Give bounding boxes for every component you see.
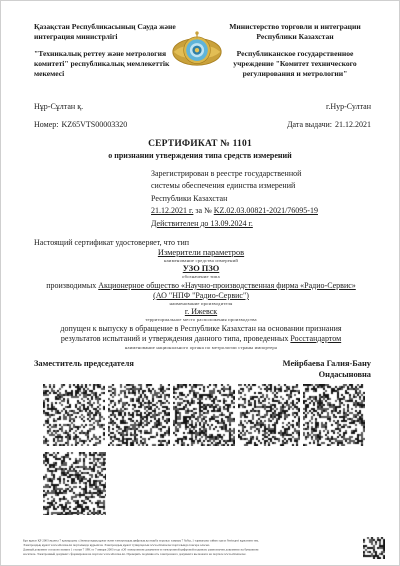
issue-date: Дата выдачи:21.12.2021 [287, 120, 371, 129]
certifies-intro: Настоящий сертификат удостоверяет, что т… [34, 238, 189, 247]
valid-until-label: Действителен до [151, 219, 208, 228]
approval-line2: результатов испытаний и утверждения данн… [34, 334, 368, 343]
authority-name: Росстандартом [290, 334, 341, 343]
issuer-russian-block: Министерство торговли и интеграции Респу… [219, 22, 371, 86]
footer-line: носителе. Электронный документ сформиров… [23, 552, 359, 556]
issuer-kazakh-block: Қазақстан Республикасының Сауда және инт… [34, 22, 182, 86]
manufacturer-caption: наименование производителя [34, 301, 368, 306]
manufacturer-line: производимых Акционерное общество «Научн… [34, 281, 368, 290]
manufacturer-name: Акционерное общество «Научно-производств… [98, 281, 356, 290]
qr-code [43, 384, 105, 446]
type-designation-text: УЗО ПЗО [183, 264, 220, 273]
certificate-title: СЕРТИФИКАТ № 1101 [1, 139, 399, 149]
signatory-name-line2: Ондасыновна [283, 369, 371, 380]
qr-code [108, 384, 170, 446]
issuer-kk-committee: "Техникалық реттеу және метрология комит… [34, 49, 182, 80]
date-value: 21.12.2021 [335, 120, 371, 129]
qr-code [43, 452, 106, 515]
manufacturer-line2: (АО "НПФ "Радио-Сервис") [34, 291, 368, 300]
production-location: г. Ижевск [34, 307, 368, 316]
type-designation: УЗО ПЗО [34, 264, 368, 273]
signature-qr-row [43, 384, 365, 446]
issuer-ru-ministry: Министерство торговли и интеграции Респу… [219, 22, 371, 43]
city-kazakh: Нұр-Сұлтан қ. [34, 102, 83, 111]
registration-number: KZ.02.03.00821-2021/76095-19 [214, 206, 318, 215]
certificate-page: Қазақстан Республикасының Сауда және инт… [0, 0, 400, 566]
registration-line: системы обеспечения единства измерений [151, 180, 399, 192]
instrument-name: Измерители параметров [34, 248, 368, 257]
produced-label: производимых [46, 281, 98, 290]
qr-code [303, 384, 365, 446]
registration-mid-text: за № [193, 206, 213, 215]
registration-line: Зарегистрирован в реестре государственно… [151, 168, 399, 180]
location-caption: территориальное место расположения произ… [34, 317, 368, 322]
signatory-name: Мейрбаева Галия-Бану Ондасыновна [283, 358, 371, 380]
certificate-subtitle: о признании утверждения типа средств изм… [1, 151, 399, 160]
legal-footer: Бұл құжат ҚР 2003 жылғы 7 қаңтардағы «Эл… [23, 539, 359, 561]
valid-until-date: 13.09.2024 г. [208, 219, 252, 228]
registration-block: Зарегистрирован в реестре государственно… [151, 168, 399, 230]
instrument-caption: наименование средства измерений [34, 258, 368, 263]
verification-qr-code [363, 537, 385, 559]
number-value: KZ65VTS00003320 [61, 120, 127, 129]
approval-line2-text: результатов испытаний и утверждения данн… [61, 334, 291, 343]
registration-date: 21.12.2021 г. [151, 206, 193, 215]
date-label: Дата выдачи: [287, 120, 332, 129]
city-russian: г.Нур-Султан [326, 102, 371, 111]
issuer-kk-ministry: Қазақстан Республикасының Сауда және инт… [34, 22, 182, 43]
qr-code [238, 384, 300, 446]
kazakhstan-emblem-icon [172, 27, 222, 75]
instrument-name-text: Измерители параметров [158, 248, 244, 257]
registration-number-line: 21.12.2021 г. за № KZ.02.03.00821-2021/7… [151, 205, 399, 217]
type-caption: обозначение типа [34, 274, 368, 279]
validity-line: Действителен до 13.09.2024 г. [151, 218, 399, 230]
number-label: Номер: [34, 120, 58, 129]
approval-line1: допущен к выпуску в обращение в Республи… [34, 324, 368, 333]
qr-code [173, 384, 235, 446]
manufacturer-abbrev: (АО "НПФ "Радио-Сервис") [153, 291, 249, 300]
authority-caption: наименование национального органа по мет… [34, 345, 368, 350]
registration-line: Республики Казахстан [151, 193, 399, 205]
issuer-ru-committee: Республиканское государственное учрежден… [219, 49, 371, 80]
production-location-text: г. Ижевск [185, 307, 217, 316]
certificate-number: Номер:KZ65VTS00003320 [34, 120, 127, 129]
signatory-position: Заместитель председателя [34, 358, 134, 369]
signatory-name-line1: Мейрбаева Галия-Бану [283, 358, 371, 369]
